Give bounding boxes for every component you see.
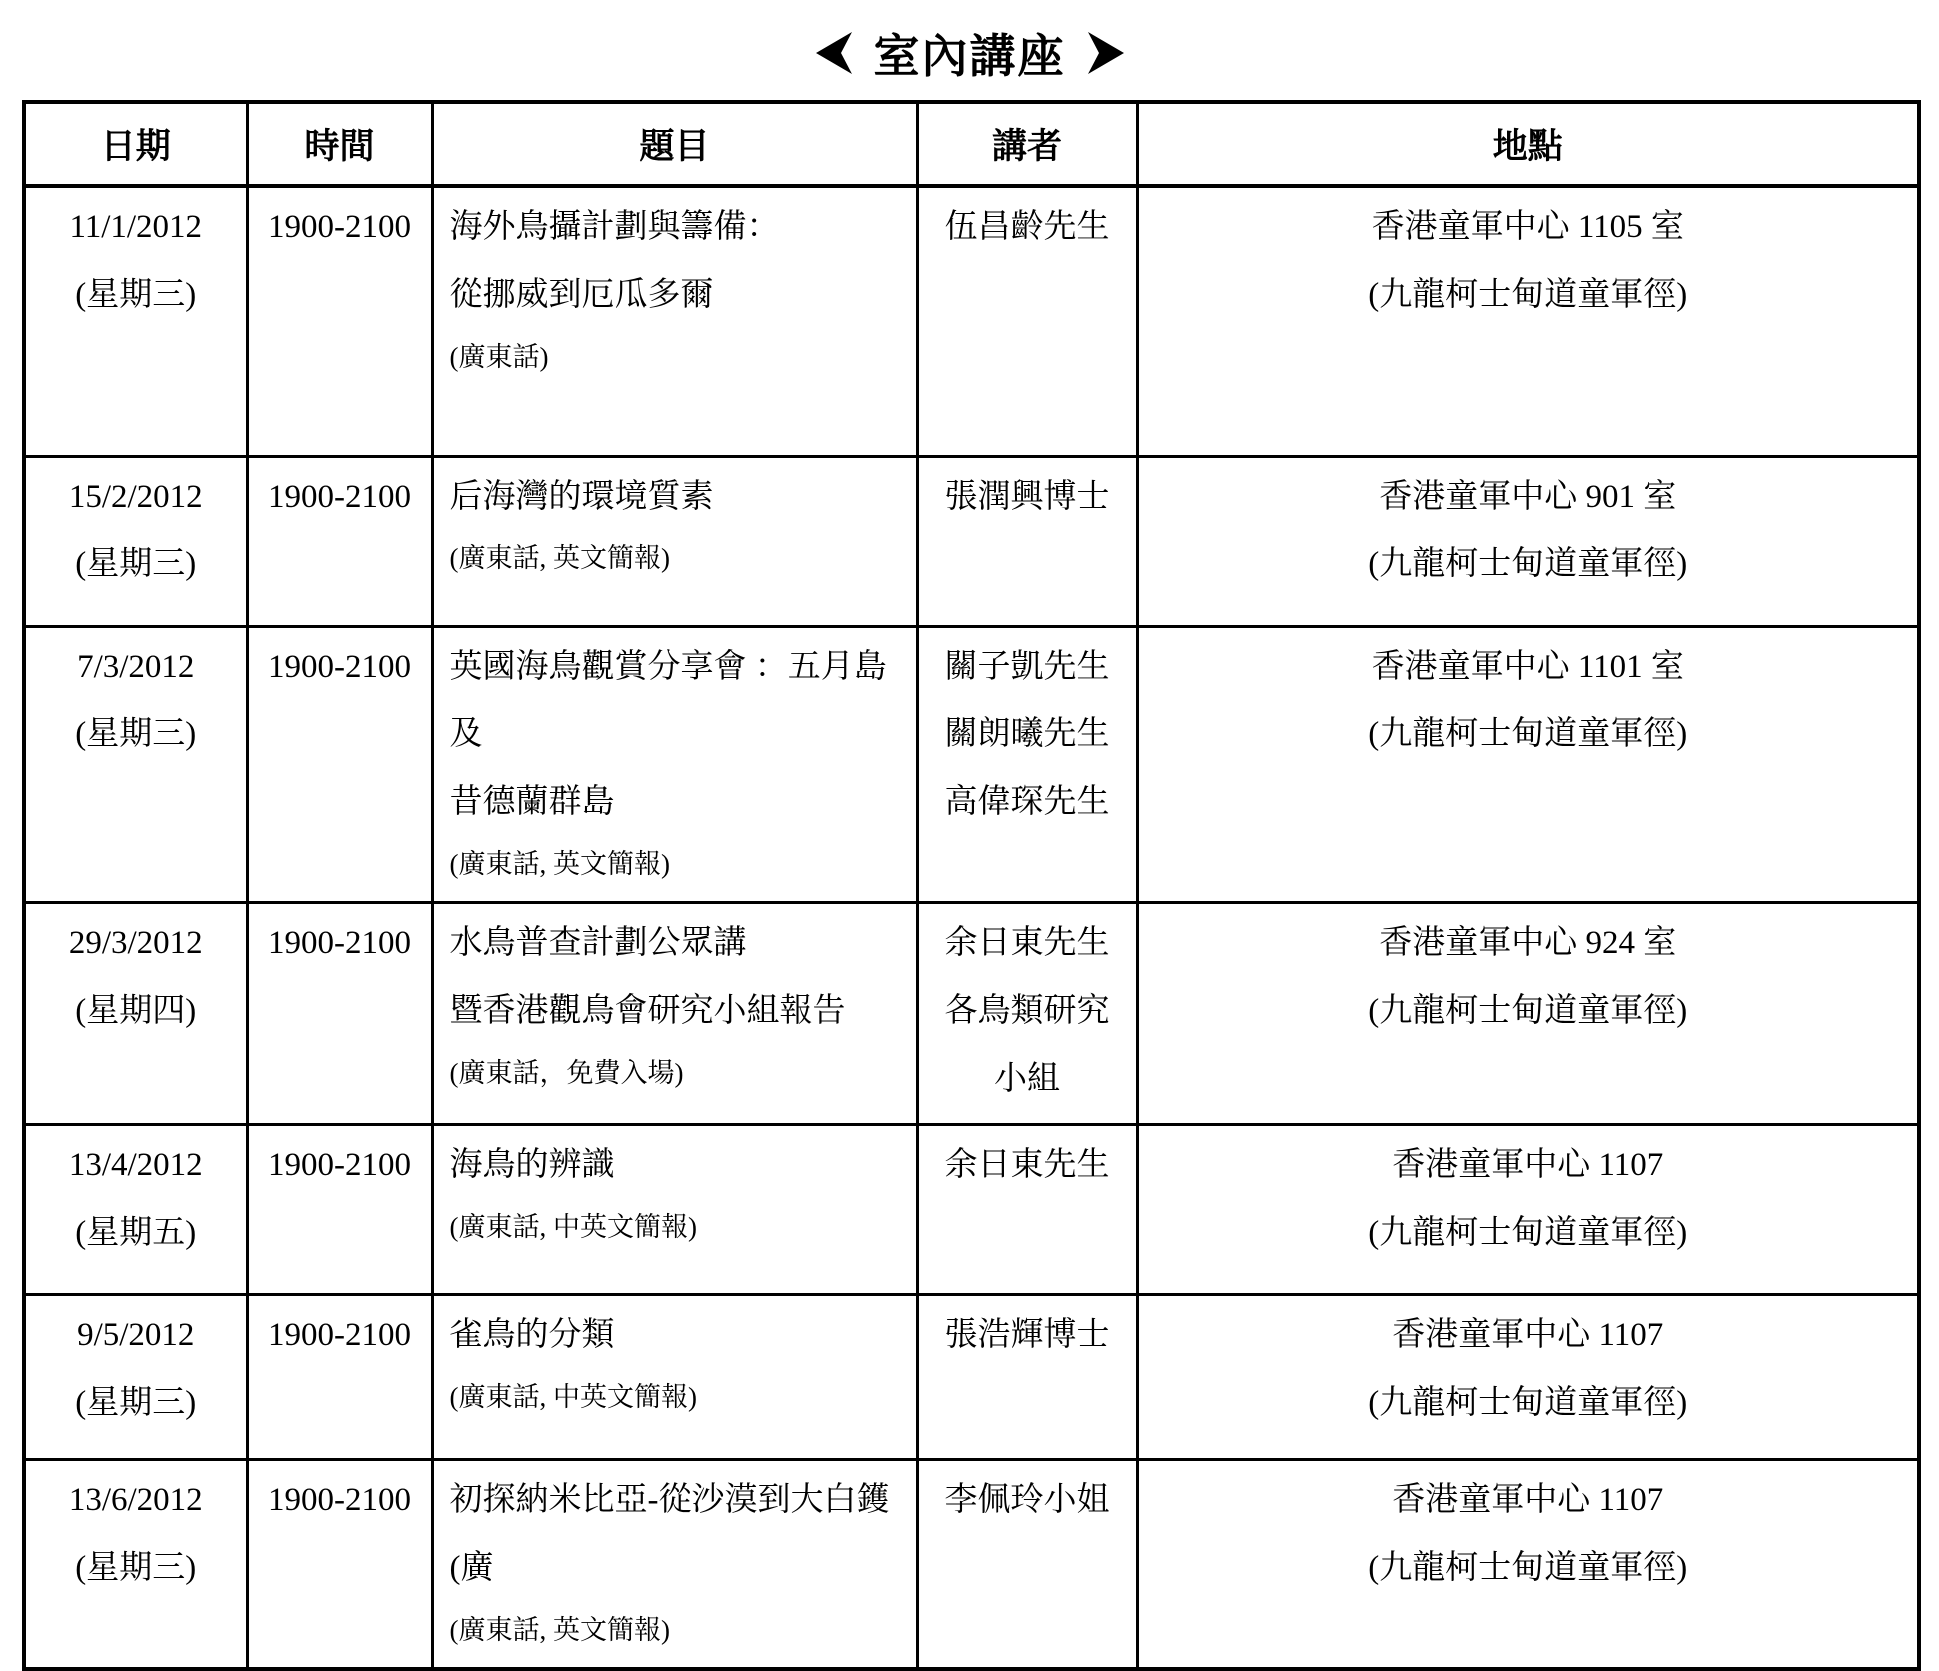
speaker-cell: 張浩輝博士 bbox=[917, 1295, 1137, 1460]
date-line: 15/2/2012 bbox=[34, 464, 238, 532]
speaker-line: 關朗曦先生 bbox=[927, 701, 1128, 769]
location-line: 香港童軍中心 924 室 bbox=[1147, 910, 1910, 978]
location-line: 香港童軍中心 1107 bbox=[1147, 1132, 1910, 1200]
location-line: 香港童軍中心 1107 bbox=[1147, 1467, 1910, 1535]
table-row: 13/6/2012 (星期三) 1900-2100 初探納米比亞-從沙漠到大白鑊… bbox=[24, 1460, 1919, 1669]
lecture-table: 日期 時間 題目 講者 地點 11/1/2012 (星期三) 1900-2100… bbox=[22, 100, 1921, 1671]
time-cell: 1900-2100 bbox=[247, 1125, 432, 1295]
topic-note: (廣東話, 英文簡報) bbox=[450, 531, 912, 587]
date-line: 13/6/2012 bbox=[34, 1467, 238, 1535]
speaker-line: 張潤興博士 bbox=[927, 464, 1128, 532]
date-line: (星期四) bbox=[34, 978, 238, 1046]
location-cell: 香港童軍中心 1107 (九龍柯士甸道童軍徑) bbox=[1137, 1125, 1919, 1295]
date-line: (星期五) bbox=[34, 1200, 238, 1268]
location-cell: 香港童軍中心 901 室 (九龍柯士甸道童軍徑) bbox=[1137, 456, 1919, 626]
speaker-line: 李佩玲小姐 bbox=[927, 1467, 1128, 1535]
date-line: 11/1/2012 bbox=[34, 194, 238, 262]
location-line: (九龍柯士甸道童軍徑) bbox=[1147, 1200, 1910, 1268]
topic-note: (廣東話, 中英文簡報) bbox=[450, 1370, 912, 1426]
speaker-line: 關子凱先生 bbox=[927, 634, 1128, 702]
topic-cell: 英國海鳥觀賞分享會 ：五月島及 昔德蘭群島 (廣東話, 英文簡報) bbox=[432, 626, 917, 903]
right-arrow-icon bbox=[1088, 32, 1124, 74]
page-title: 室內講座 bbox=[0, 20, 1939, 86]
table-row: 11/1/2012 (星期三) 1900-2100 海外鳥攝計劃與籌備： 從挪威… bbox=[24, 186, 1919, 456]
date-line: 29/3/2012 bbox=[34, 910, 238, 978]
date-line: 13/4/2012 bbox=[34, 1132, 238, 1200]
time-cell: 1900-2100 bbox=[247, 456, 432, 626]
topic-line: 雀鳥的分類 bbox=[450, 1302, 912, 1370]
location-line: (九龍柯士甸道童軍徑) bbox=[1147, 701, 1910, 769]
location-line: 香港童軍中心 901 室 bbox=[1147, 464, 1910, 532]
time-line: 1900-2100 bbox=[257, 910, 423, 978]
date-cell: 7/3/2012 (星期三) bbox=[24, 626, 247, 903]
topic-note: (廣東話) bbox=[450, 330, 912, 386]
table-header-row: 日期 時間 題目 講者 地點 bbox=[24, 102, 1919, 186]
date-cell: 13/4/2012 (星期五) bbox=[24, 1125, 247, 1295]
topic-line: 昔德蘭群島 bbox=[450, 769, 912, 837]
time-line: 1900-2100 bbox=[257, 1302, 423, 1370]
location-line: (九龍柯士甸道童軍徑) bbox=[1147, 262, 1910, 330]
date-cell: 29/3/2012 (星期四) bbox=[24, 903, 247, 1125]
topic-note: (廣東話, 中英文簡報) bbox=[450, 1200, 912, 1256]
time-line: 1900-2100 bbox=[257, 634, 423, 702]
time-line: 1900-2100 bbox=[257, 1132, 423, 1200]
topic-note: (廣東話, 英文簡報) bbox=[450, 1603, 912, 1659]
topic-cell: 海外鳥攝計劃與籌備： 從挪威到厄瓜多爾 (廣東話) bbox=[432, 186, 917, 456]
time-line: 1900-2100 bbox=[257, 464, 423, 532]
location-cell: 香港童軍中心 924 室 (九龍柯士甸道童軍徑) bbox=[1137, 903, 1919, 1125]
table-row: 29/3/2012 (星期四) 1900-2100 水鳥普查計劃公眾講 暨香港觀… bbox=[24, 903, 1919, 1125]
time-line: 1900-2100 bbox=[257, 194, 423, 262]
date-cell: 9/5/2012 (星期三) bbox=[24, 1295, 247, 1460]
speaker-line: 余日東先生 bbox=[927, 910, 1128, 978]
time-cell: 1900-2100 bbox=[247, 1295, 432, 1460]
topic-cell: 后海灣的環境質素 (廣東話, 英文簡報) bbox=[432, 456, 917, 626]
table-row: 7/3/2012 (星期三) 1900-2100 英國海鳥觀賞分享會 ：五月島及… bbox=[24, 626, 1919, 903]
location-line: 香港童軍中心 1105 室 bbox=[1147, 194, 1910, 262]
speaker-cell: 關子凱先生 關朗曦先生 高偉琛先生 bbox=[917, 626, 1137, 903]
location-cell: 香港童軍中心 1105 室 (九龍柯士甸道童軍徑) bbox=[1137, 186, 1919, 456]
date-cell: 15/2/2012 (星期三) bbox=[24, 456, 247, 626]
topic-cell: 水鳥普查計劃公眾講 暨香港觀鳥會研究小組報告 (廣東話，免費入場) bbox=[432, 903, 917, 1125]
header-topic: 題目 bbox=[432, 102, 917, 186]
topic-cell: 雀鳥的分類 (廣東話, 中英文簡報) bbox=[432, 1295, 917, 1460]
location-line: (九龍柯士甸道童軍徑) bbox=[1147, 1370, 1910, 1438]
location-cell: 香港童軍中心 1107 (九龍柯士甸道童軍徑) bbox=[1137, 1460, 1919, 1669]
header-speaker: 講者 bbox=[917, 102, 1137, 186]
time-cell: 1900-2100 bbox=[247, 186, 432, 456]
topic-note: (廣東話，免費入場) bbox=[450, 1046, 912, 1102]
topic-line: 海鳥的辨識 bbox=[450, 1132, 912, 1200]
speaker-line: 伍昌齡先生 bbox=[927, 194, 1128, 262]
header-date: 日期 bbox=[24, 102, 247, 186]
topic-line: 初探納米比亞-從沙漠到大白鑊(廣 bbox=[450, 1467, 912, 1603]
time-cell: 1900-2100 bbox=[247, 1460, 432, 1669]
date-cell: 13/6/2012 (星期三) bbox=[24, 1460, 247, 1669]
speaker-cell: 伍昌齡先生 bbox=[917, 186, 1137, 456]
time-line: 1900-2100 bbox=[257, 1467, 423, 1535]
speaker-line: 各鳥類研究 bbox=[927, 978, 1128, 1046]
page-title-text: 室內講座 bbox=[874, 20, 1066, 86]
table-row: 13/4/2012 (星期五) 1900-2100 海鳥的辨識 (廣東話, 中英… bbox=[24, 1125, 1919, 1295]
date-line: (星期三) bbox=[34, 531, 238, 599]
topic-cell: 初探納米比亞-從沙漠到大白鑊(廣 (廣東話, 英文簡報) bbox=[432, 1460, 917, 1669]
location-cell: 香港童軍中心 1101 室 (九龍柯士甸道童軍徑) bbox=[1137, 626, 1919, 903]
date-line: (星期三) bbox=[34, 701, 238, 769]
topic-cell: 海鳥的辨識 (廣東話, 中英文簡報) bbox=[432, 1125, 917, 1295]
time-cell: 1900-2100 bbox=[247, 903, 432, 1125]
header-location: 地點 bbox=[1137, 102, 1919, 186]
date-line: (星期三) bbox=[34, 1370, 238, 1438]
topic-line: 水鳥普查計劃公眾講 bbox=[450, 910, 912, 978]
location-line: (九龍柯士甸道童軍徑) bbox=[1147, 1535, 1910, 1603]
header-time: 時間 bbox=[247, 102, 432, 186]
date-cell: 11/1/2012 (星期三) bbox=[24, 186, 247, 456]
speaker-cell: 張潤興博士 bbox=[917, 456, 1137, 626]
date-line: (星期三) bbox=[34, 1535, 238, 1603]
location-cell: 香港童軍中心 1107 (九龍柯士甸道童軍徑) bbox=[1137, 1295, 1919, 1460]
date-line: 9/5/2012 bbox=[34, 1302, 238, 1370]
location-line: 香港童軍中心 1107 bbox=[1147, 1302, 1910, 1370]
speaker-cell: 余日東先生 各鳥類研究 小組 bbox=[917, 903, 1137, 1125]
left-arrow-icon bbox=[816, 32, 852, 74]
topic-line: 暨香港觀鳥會研究小組報告 bbox=[450, 978, 912, 1046]
topic-line: 后海灣的環境質素 bbox=[450, 464, 912, 532]
time-cell: 1900-2100 bbox=[247, 626, 432, 903]
speaker-cell: 余日東先生 bbox=[917, 1125, 1137, 1295]
topic-line: 從挪威到厄瓜多爾 bbox=[450, 262, 912, 330]
speaker-line: 余日東先生 bbox=[927, 1132, 1128, 1200]
topic-note: (廣東話, 英文簡報) bbox=[450, 837, 912, 893]
date-line: (星期三) bbox=[34, 262, 238, 330]
table-row: 15/2/2012 (星期三) 1900-2100 后海灣的環境質素 (廣東話,… bbox=[24, 456, 1919, 626]
topic-line: 英國海鳥觀賞分享會 ：五月島及 bbox=[450, 634, 912, 770]
date-line: 7/3/2012 bbox=[34, 634, 238, 702]
speaker-line: 小組 bbox=[927, 1046, 1128, 1114]
location-line: 香港童軍中心 1101 室 bbox=[1147, 634, 1910, 702]
table-row: 9/5/2012 (星期三) 1900-2100 雀鳥的分類 (廣東話, 中英文… bbox=[24, 1295, 1919, 1460]
topic-line: 海外鳥攝計劃與籌備： bbox=[450, 194, 912, 262]
location-line: (九龍柯士甸道童軍徑) bbox=[1147, 978, 1910, 1046]
speaker-cell: 李佩玲小姐 bbox=[917, 1460, 1137, 1669]
speaker-line: 張浩輝博士 bbox=[927, 1302, 1128, 1370]
location-line: (九龍柯士甸道童軍徑) bbox=[1147, 531, 1910, 599]
speaker-line: 高偉琛先生 bbox=[927, 769, 1128, 837]
